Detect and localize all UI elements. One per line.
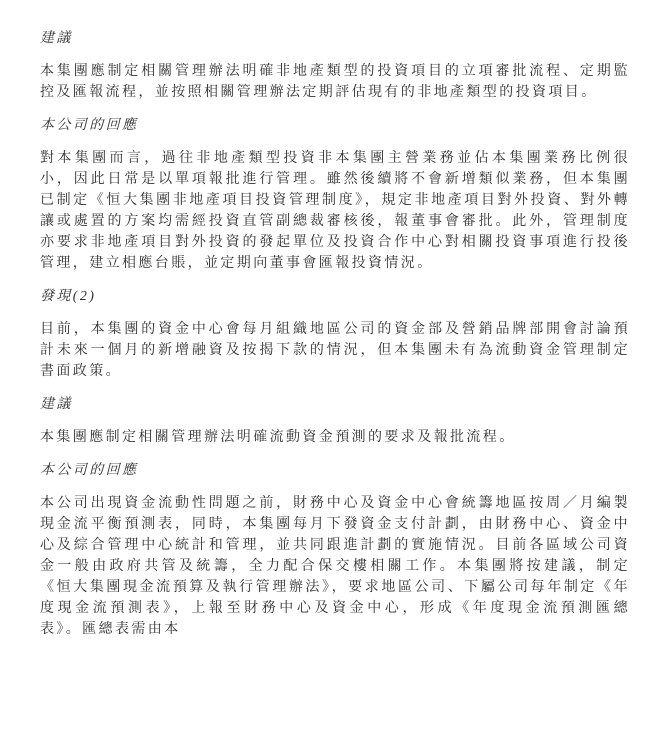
paragraph-recommendation-2: 本集團應制定相關管理辦法明確流動資金預測的要求及報批流程。 bbox=[40, 427, 630, 448]
document-page: 建議 本集團應制定相關管理辦法明確非地產類型的投資項目的立項審批流程、定期監控及… bbox=[0, 0, 658, 734]
heading-company-response-2: 本公司的回應 bbox=[40, 460, 630, 481]
heading-recommendation-2: 建議 bbox=[40, 394, 630, 415]
heading-company-response-1: 本公司的回應 bbox=[40, 115, 630, 136]
paragraph-recommendation-1: 本集團應制定相關管理辦法明確非地產類型的投資項目的立項審批流程、定期監控及匯報流… bbox=[40, 61, 630, 103]
paragraph-company-response-2: 本公司出現資金流動性問題之前，財務中心及資金中心會統籌地區按周／月編製現金流平衡… bbox=[40, 493, 630, 640]
heading-finding-2: 發現(2) bbox=[40, 286, 630, 307]
paragraph-finding-2: 目前，本集團的資金中心會每月組織地區公司的資金部及營銷品牌部開會討論預計未來一個… bbox=[40, 319, 630, 382]
paragraph-company-response-1: 對本集團而言，過往非地產類型投資非本集團主營業務並佔本集團業務比例很小，因此日常… bbox=[40, 148, 630, 274]
heading-recommendation-1: 建議 bbox=[40, 28, 630, 49]
